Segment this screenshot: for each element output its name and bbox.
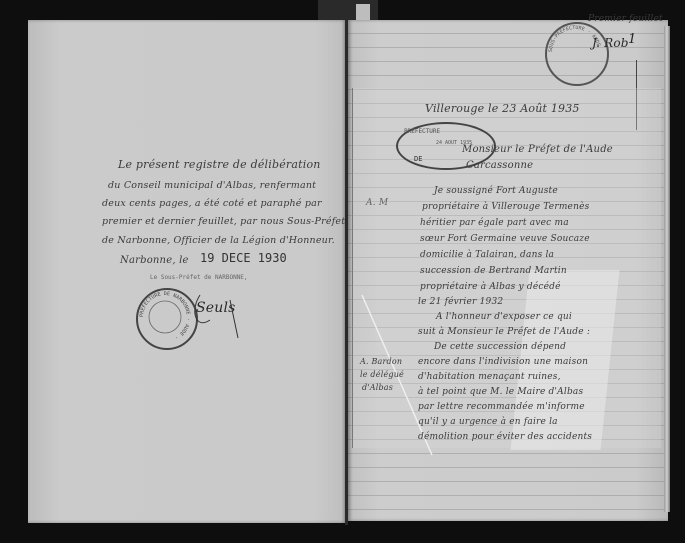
left-page [28, 20, 346, 523]
page-edges [664, 26, 670, 512]
letter-body-line-10: suit à Monsieur le Préfet de l'Aude : [418, 327, 590, 337]
letter-body-line-9: A l'honneur d'exposer ce qui [436, 312, 572, 322]
corner-note: Premier feuillet [588, 14, 663, 24]
side-note-line-3: d'Albas [362, 383, 393, 392]
letter-body-line-13: d'habitation menaçant ruines, [418, 372, 561, 382]
letter-body-line-1: Je soussigné Fort Auguste [434, 186, 558, 196]
letter-body-line-16: qu'il y a urgence à en faire la [418, 417, 558, 427]
certificate-line-4: premier et dernier feuillet, par nous So… [102, 216, 345, 227]
certificate-line-2: du Conseil municipal d'Albas, renfermant [108, 180, 316, 191]
margin-mark: A. M [366, 198, 388, 208]
letter-body-line-11: De cette succession dépend [434, 342, 566, 352]
oval-stamp-top: PRÉFECTURE [404, 128, 440, 135]
side-note-line-2: le délégué [360, 370, 404, 379]
letter-body-line-15: par lettre recommandée m'informe [418, 402, 585, 412]
signature-flourish [190, 290, 250, 340]
side-note-line-1: A. Bardon [360, 357, 402, 366]
sub-prefecture-corner-stamp: SOUS-PRÉFECTURE · AUDE [545, 22, 609, 86]
certificate-line-1: Le présent registre de délibération [118, 158, 321, 171]
letter-body-line-3: héritier par égale part avec ma [420, 218, 569, 228]
title-stamp: Le Sous-Préfet de NARBONNE, [150, 274, 248, 281]
certificate-line-3: deux cents pages, a été coté et paraphé … [102, 198, 322, 209]
date-stamp: 19 DECE 1930 [200, 251, 287, 265]
letter-body-line-6: succession de Bertrand Martin [420, 266, 567, 276]
letter-body-line-2: propriétaire à Villerouge Termenès [422, 202, 589, 212]
address-line-1: Monsieur le Préfet de l'Aude [462, 144, 613, 155]
letter-place-date: Villerouge le 23 Août 1935 [425, 102, 580, 115]
letter-body-line-4: sœur Fort Germaine veuve Soucaze [420, 234, 590, 244]
letter-body-line-17: démolition pour éviter des accidents [418, 432, 592, 442]
binding-clip [318, 0, 378, 22]
oval-stamp-bottom: DE [414, 155, 422, 163]
corner-initials: J. Rob [592, 36, 629, 50]
address-line-2: Carcassonne [466, 160, 533, 171]
prefecture-round-stamp: PRÉFECTURE DE NARBONNE · AUDE · [136, 288, 198, 350]
letter-body-line-5: domicilie à Talairan, dans la [420, 250, 554, 260]
certificate-line-5: de Narbonne, Officier de la Légion d'Hon… [102, 235, 335, 246]
place-date-prefix: Narbonne, le [120, 255, 189, 266]
letter-body-line-8: le 21 février 1932 [418, 297, 503, 307]
letter-body-line-7: propriétaire à Albas y décédé [420, 282, 561, 292]
letter-body-line-12: encore dans l'indivision une maison [418, 357, 588, 367]
page-number: 1 [628, 32, 636, 47]
letter-body-line-14: à tel point que M. le Maire d'Albas [418, 387, 583, 397]
